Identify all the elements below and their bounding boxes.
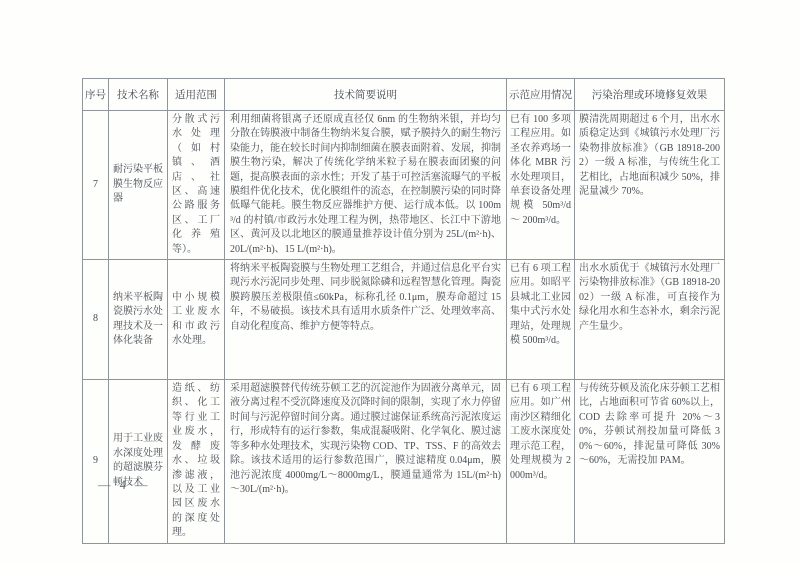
row9-description: 采用超滤膜替代传统芬顿工艺的沉淀池作为固液分离单元，固液分离过程不受沉降速度及沉… — [225, 380, 507, 543]
header-effect: 污染治理或环境修复效果 — [575, 79, 725, 111]
technology-table: 序号 技术名称 适用范围 技术简要说明 示范应用情况 污染治理或环境修复效果 7… — [82, 78, 725, 544]
row8-index: 8 — [83, 260, 109, 380]
row7-description: 利用细菌将银离子还原成直径仅 6nm 的生物纳米银，并均匀分散在铸膜液中制备生物… — [225, 111, 507, 260]
row9-scope: 造纸、纺织、化工等行业工业废水，发酵废水、垃圾渗滤液，以及工业园区废水的深度处理… — [168, 380, 225, 543]
header-tech-name: 技术名称 — [109, 79, 168, 111]
row9-tech-name: 用于工业废水深度处理的超滤膜芬顿技术 — [109, 380, 168, 543]
row9-index: 9 — [83, 380, 109, 543]
table-row: 9 用于工业废水深度处理的超滤膜芬顿技术 造纸、纺织、化工等行业工业废水，发酵废… — [83, 380, 725, 543]
row8-scope: 中小规模工业废水和市政污水处理。 — [168, 260, 225, 380]
row9-application: 已有 6 项工程应用。如广州南沙区精细化工废水深度处理示范工程，处理规模为 20… — [507, 380, 575, 543]
row8-application: 已有 6 项工程应用。如昭平县城北工业园集中式污水处理站，处理规模 500m³/… — [507, 260, 575, 380]
row7-application: 已有 100 多项工程应用。如圣农养鸡场一体化 MBR 污水处理项目，单套设备处… — [507, 111, 575, 260]
table-header-row: 序号 技术名称 适用范围 技术简要说明 示范应用情况 污染治理或环境修复效果 — [83, 79, 725, 111]
header-index: 序号 — [83, 79, 109, 111]
row7-scope: 分散式污水处理（如村镇、酒店、社区、高速公路服务区、工厂化养殖等）。 — [168, 111, 225, 260]
row8-tech-name: 纳米平板陶瓷膜污水处理技术及一体化装备 — [109, 260, 168, 380]
document-page: 序号 技术名称 适用范围 技术简要说明 示范应用情况 污染治理或环境修复效果 7… — [0, 0, 800, 565]
header-description: 技术简要说明 — [225, 79, 507, 111]
header-application: 示范应用情况 — [507, 79, 575, 111]
row8-description: 将纳米平板陶瓷膜与生物处理工艺组合，并通过信息化平台实现污水污泥同步处理、同步脱… — [225, 260, 507, 380]
header-scope: 适用范围 — [168, 79, 225, 111]
row7-tech-name: 耐污染平板膜生物反应器 — [109, 111, 168, 260]
row9-effect: 与传统芬顿及流化床芬顿工艺相比，占地面积可节省 60%以上，COD 去除率可提升… — [575, 380, 725, 543]
row8-effect: 出水水质优于《城镇污水处理厂污染物排放标准》（GB 18918-2002）一级 … — [575, 260, 725, 380]
row7-index: 7 — [83, 111, 109, 260]
page-number: — 4 — — [98, 478, 151, 493]
table-row: 8 纳米平板陶瓷膜污水处理技术及一体化装备 中小规模工业废水和市政污水处理。 将… — [83, 260, 725, 380]
table-row: 7 耐污染平板膜生物反应器 分散式污水处理（如村镇、酒店、社区、高速公路服务区、… — [83, 111, 725, 260]
row7-effect: 膜清洗周期超过 6 个月，出水水质稳定达到《城镇污水处理厂污染物排放标准》（GB… — [575, 111, 725, 260]
